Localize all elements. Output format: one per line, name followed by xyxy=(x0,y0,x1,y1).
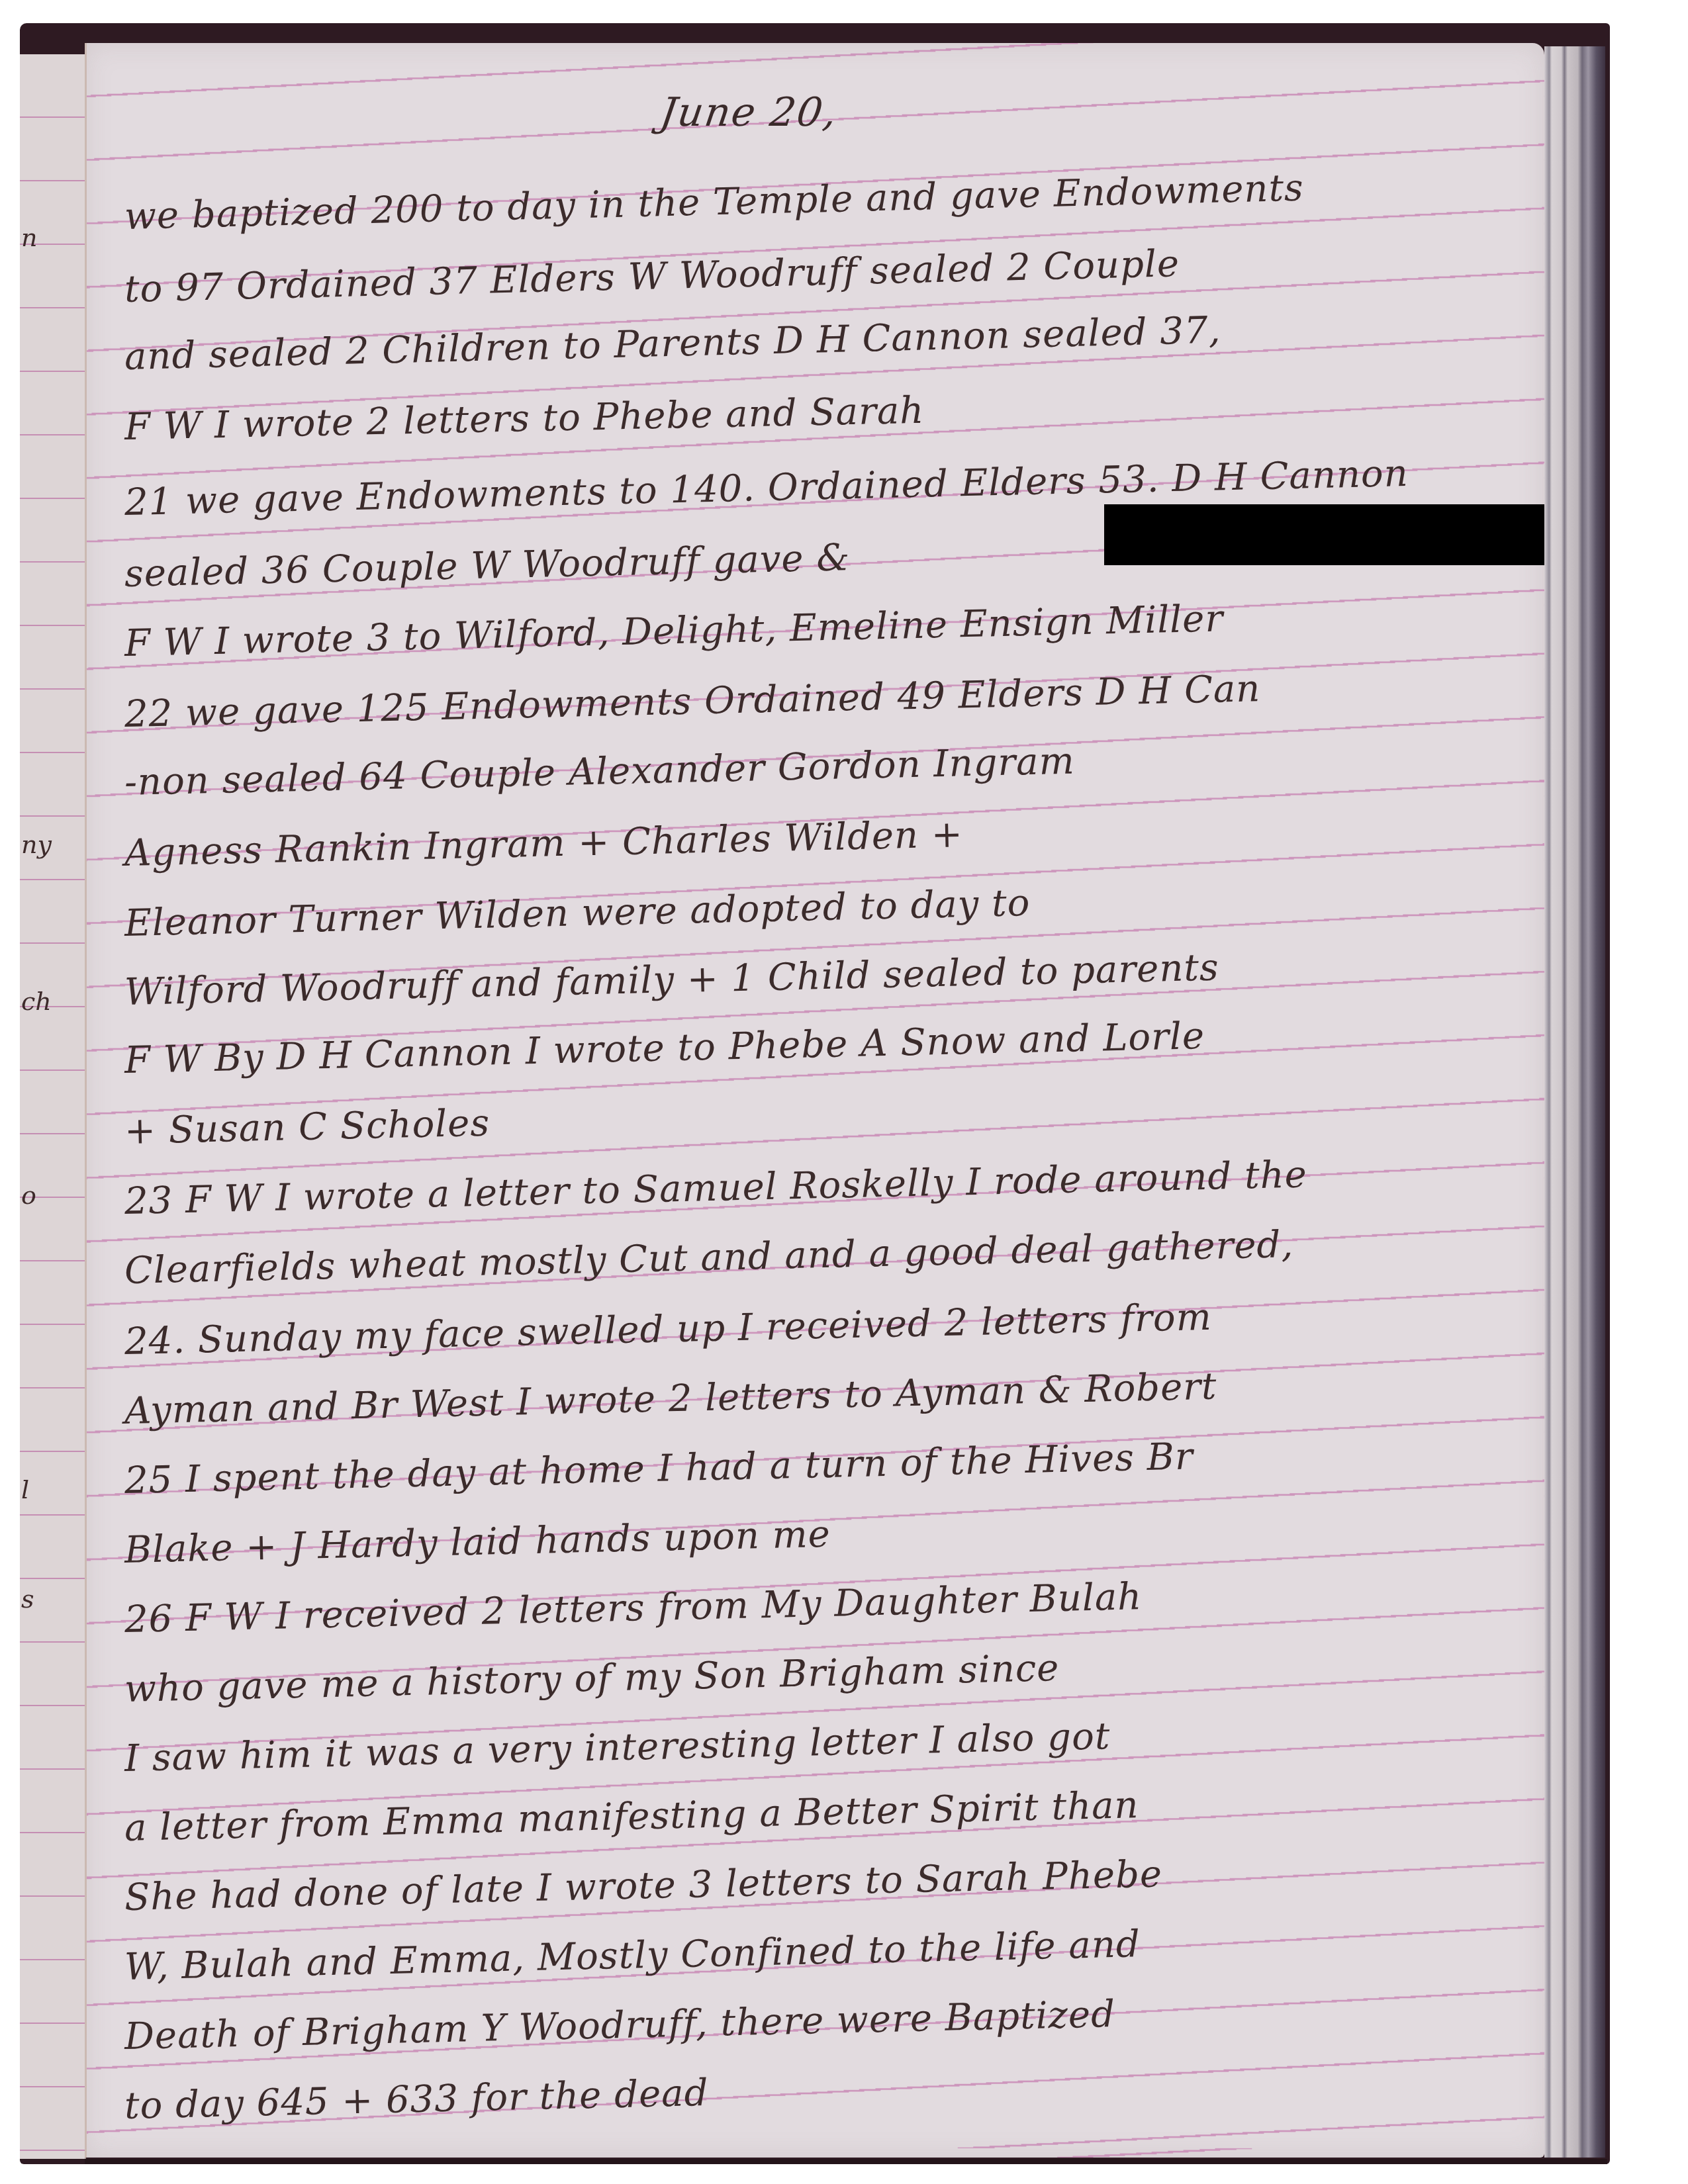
page-header-date: June 20, xyxy=(657,89,841,136)
previous-page-fragment: o xyxy=(21,1183,36,1208)
previous-page-fragment: n xyxy=(21,225,37,250)
book-bottom-edge xyxy=(85,2159,1607,2164)
previous-page-edge: n ny ch o l s xyxy=(20,54,86,2159)
page-stack-edge xyxy=(1544,46,1605,2158)
page-gutter xyxy=(85,43,87,2158)
redaction-box xyxy=(1104,504,1546,565)
journal-page: June 20, we baptized 200 to day in the T… xyxy=(85,43,1544,2158)
previous-page-fragment: ch xyxy=(21,989,52,1014)
previous-page-fragment: ny xyxy=(21,832,52,857)
journal-line: + Susan C Scholes xyxy=(124,1101,490,1153)
previous-page-fragment: l xyxy=(21,1477,29,1502)
previous-page-fragment: s xyxy=(21,1586,34,1612)
